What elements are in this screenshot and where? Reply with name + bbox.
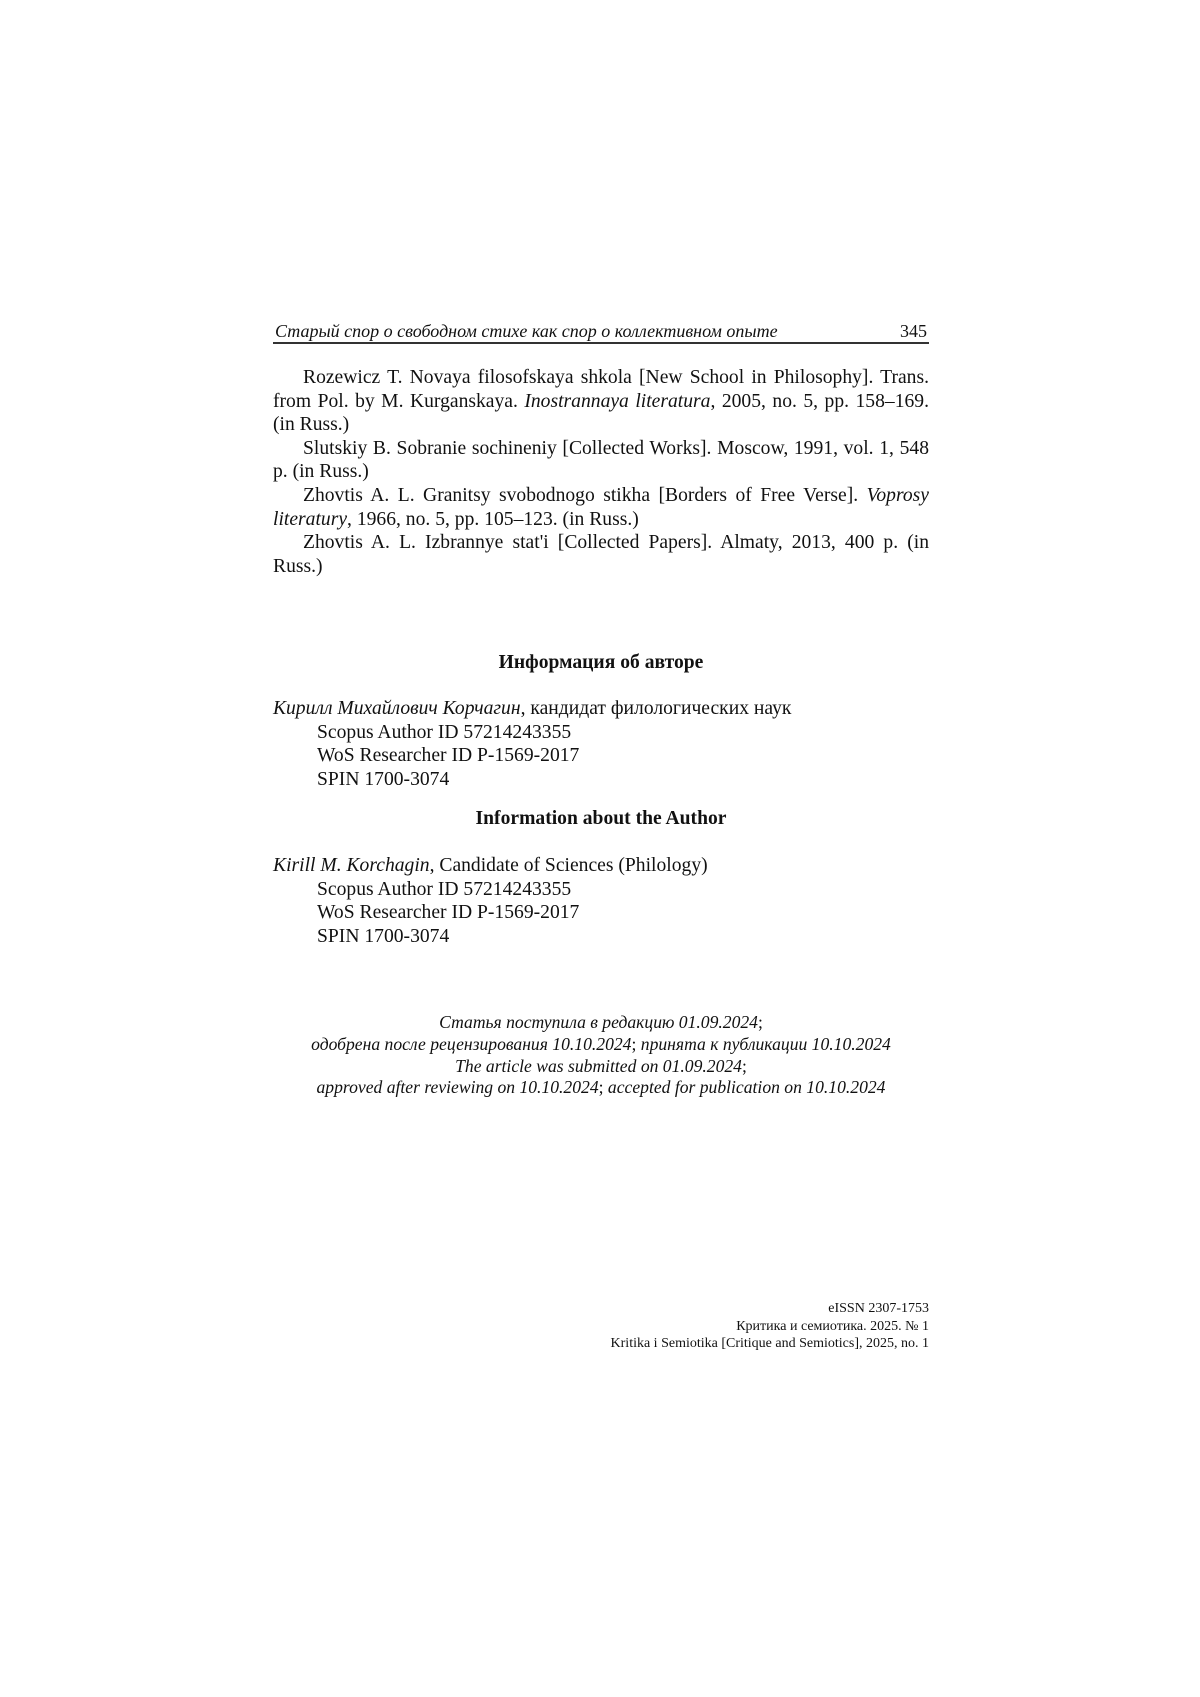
reference-list: Rozewicz T. Novaya filosofskaya shkola [… — [273, 366, 929, 578]
separator: ; — [631, 1034, 636, 1054]
reference-item: Zhovtis A. L. Granitsy svobodnogo stikha… — [273, 484, 929, 531]
scopus-id: Scopus Author ID 57214243355 — [273, 878, 929, 902]
author-name: Kirill M. Korchagin — [273, 855, 430, 876]
author-info-heading-en: Information about the Author — [273, 807, 929, 831]
reference-item: Rozewicz T. Novaya filosofskaya shkola [… — [273, 366, 929, 437]
eissn: eISSN 2307-1753 — [611, 1300, 929, 1318]
dates-en-line-2: approved after reviewing on 10.10.2024; … — [273, 1077, 929, 1099]
author-name-line: Kirill M. Korchagin, Candidate of Scienc… — [273, 854, 929, 878]
submitted-date-ru: Статья поступила в редакцию 01.09.2024 — [439, 1012, 758, 1032]
reference-item: Zhovtis A. L. Izbrannye stat'i [Collecte… — [273, 531, 929, 578]
author-info-ru: Кирилл Михайлович Корчагин, кандидат фил… — [273, 697, 929, 791]
author-info-en: Kirill M. Korchagin, Candidate of Scienc… — [273, 854, 929, 948]
reference-text: Slutskiy B. Sobranie sochineniy [Collect… — [273, 438, 929, 483]
approved-date-ru: одобрена после рецензирования 10.10.2024 — [311, 1034, 631, 1054]
submitted-date-en: The article was submitted on 01.09.2024 — [455, 1056, 742, 1076]
wos-id: WoS Researcher ID P-1569-2017 — [273, 744, 929, 768]
author-name: Кирилл Михайлович Корчагин — [273, 698, 521, 719]
running-head-title: Старый спор о свободном стихе как спор о… — [275, 320, 778, 342]
journal-footer: eISSN 2307-1753 Критика и семиотика. 202… — [611, 1300, 929, 1353]
wos-id: WoS Researcher ID P-1569-2017 — [273, 901, 929, 925]
author-name-line: Кирилл Михайлович Корчагин, кандидат фил… — [273, 697, 929, 721]
article-dates: Статья поступила в редакцию 01.09.2024; … — [273, 1012, 929, 1099]
reference-item: Slutskiy B. Sobranie sochineniy [Collect… — [273, 437, 929, 484]
page-number: 345 — [900, 320, 927, 342]
reference-text: , 1966, no. 5, pp. 105–123. (in Russ.) — [347, 509, 639, 530]
spin-id: SPIN 1700-3074 — [273, 925, 929, 949]
reference-text: Zhovtis A. L. Granitsy svobodnogo stikha… — [303, 485, 867, 506]
dates-ru-line-1: Статья поступила в редакцию 01.09.2024; — [273, 1012, 929, 1034]
dates-en-line-1: The article was submitted on 01.09.2024; — [273, 1056, 929, 1078]
accepted-date-ru: принята к публикации 10.10.2024 — [641, 1034, 891, 1054]
author-info-heading-ru: Информация об авторе — [273, 651, 929, 675]
separator: ; — [758, 1012, 763, 1032]
scopus-id: Scopus Author ID 57214243355 — [273, 721, 929, 745]
separator: ; — [599, 1077, 604, 1097]
journal-title-en: Kritika i Semiotika [Critique and Semiot… — [611, 1335, 929, 1353]
running-head: Старый спор о свободном стихе как спор о… — [273, 320, 929, 344]
accepted-date-en: accepted for publication on 10.10.2024 — [608, 1077, 886, 1097]
reference-text: Zhovtis A. L. Izbrannye stat'i [Collecte… — [273, 532, 929, 577]
journal-title-ru: Критика и семиотика. 2025. № 1 — [611, 1318, 929, 1336]
approved-date-en: approved after reviewing on 10.10.2024 — [317, 1077, 599, 1097]
spin-id: SPIN 1700-3074 — [273, 768, 929, 792]
reference-journal: Inostrannaya literatura — [524, 391, 710, 412]
author-degree: , Candidate of Sciences (Philology) — [430, 855, 708, 876]
separator: ; — [742, 1056, 747, 1076]
author-degree: , кандидат филологических наук — [521, 698, 792, 719]
dates-ru-line-2: одобрена после рецензирования 10.10.2024… — [273, 1034, 929, 1056]
